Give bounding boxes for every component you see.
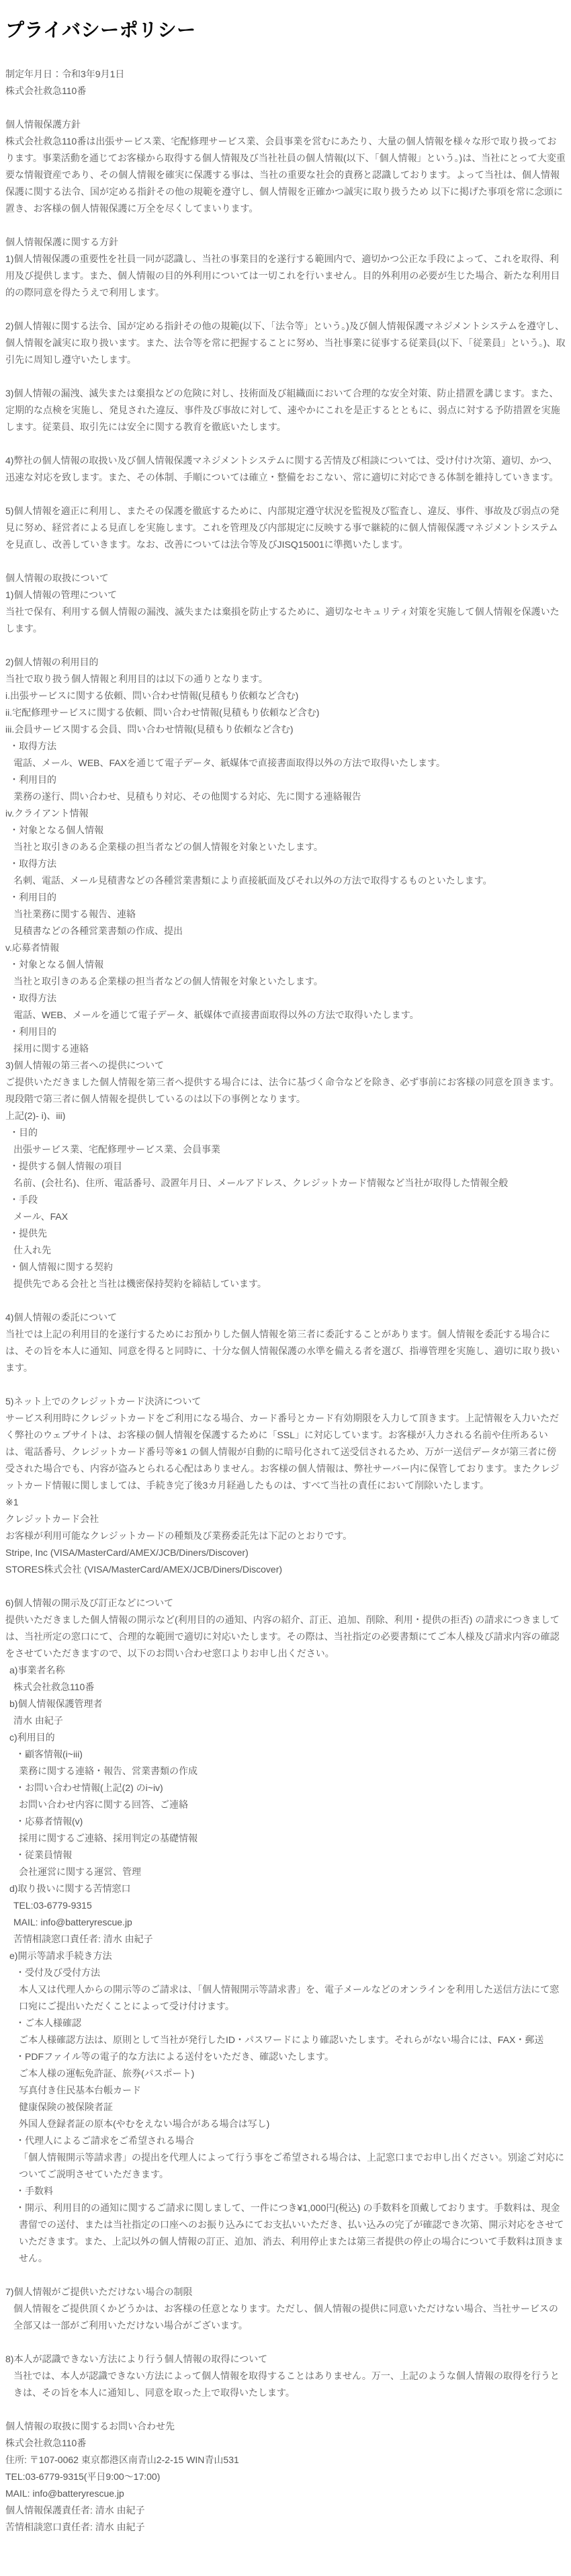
document-line: 制定年月日：令和3年9月1日: [5, 66, 566, 83]
document-line: 清水 由紀子: [5, 1712, 566, 1729]
blank-line: [5, 486, 566, 503]
blank-line: [5, 1578, 566, 1595]
document-line: ・顧客情報(i~iii): [5, 1746, 566, 1763]
blank-line: [5, 217, 566, 234]
privacy-policy-document: プライバシーポリシー 制定年月日：令和3年9月1日株式会社救急110番個人情報保…: [0, 0, 571, 2576]
document-line: ・取得方法: [5, 990, 566, 1007]
document-line: 個人情報保護責任者: 清水 由紀子: [5, 2502, 566, 2519]
document-line: 電話、メール、WEB、FAXを通じて電子データ、紙媒体で直接書面取得以外の方法で…: [5, 755, 566, 772]
document-line: クレジットカード会社: [5, 1511, 566, 1528]
document-line: ii.宅配修理サービスに関する依頼、問い合わせ情報(見積もり依頼など含む): [5, 704, 566, 721]
document-line: 4)弊社の個人情報の取扱い及び個人情報保護マネジメントシステムに関する苦情及び相…: [5, 452, 566, 486]
document-line: e)開示等請求手続き方法: [5, 1948, 566, 1964]
document-line: 1)個人情報保護の重要性を社員一同が認識し、当社の事業目的を遂行する範囲内で、適…: [5, 251, 566, 301]
document-line: i.出張サービスに関する依頼、問い合わせ情報(見積もり依頼など含む): [5, 688, 566, 704]
document-line: 業務に関する連絡・報告、営業書類の作成: [5, 1763, 566, 1780]
document-line: ・手数料: [5, 2183, 566, 2200]
document-line: 採用に関するご連絡、採用判定の基礎情報: [5, 1830, 566, 1847]
document-line: 提供いただきました個人情報の開示など(利用目的の通知、内容の紹介、訂正、追加、削…: [5, 1612, 566, 1662]
document-line: 上記(2)- i)、iii): [5, 1108, 566, 1124]
blank-line: [5, 368, 566, 385]
document-line: ※1: [5, 1494, 566, 1511]
document-line: MAIL: info@batteryrescue.jp: [5, 2485, 566, 2502]
document-line: ・PDFファイル等の電子的な方法による送付をいただき、確認いたします。: [5, 2048, 566, 2065]
document-line: b)個人情報保護管理者: [5, 1696, 566, 1712]
blank-line: [5, 637, 566, 654]
document-line: 写真付き住民基本台帳カード: [5, 2082, 566, 2099]
document-line: メール、FAX: [5, 1208, 566, 1225]
document-line: ご本人様の運転免許証、旅券(パスポート): [5, 2065, 566, 2082]
document-line: 当社で保有、利用する個人情報の漏洩、滅失または棄損を防止するために、適切なセキュ…: [5, 604, 566, 637]
document-line: 会社運営に関する運営、管理: [5, 1864, 566, 1880]
document-line: Stripe, Inc (VISA/MasterCard/AMEX/JCB/Di…: [5, 1544, 566, 1561]
blank-line: [5, 1292, 566, 1309]
document-line: 4)個人情報の委託について: [5, 1309, 566, 1326]
document-line: 当社では上記の利用目的を遂行するためにお預かりした個人情報を第三者に委託すること…: [5, 1326, 566, 1376]
document-line: 「個人情報開示等請求書」の提出を代理人によって行う事をご希望される場合は、上記窓…: [5, 2149, 566, 2183]
document-line: 住所: 〒107-0062 東京都港区南青山2-2-15 WIN青山531: [5, 2452, 566, 2468]
document-line: iii.会員サービス関する会員、問い合わせ情報(見積もり依頼など含む): [5, 721, 566, 738]
document-line: お問い合わせ内容に関する回答、ご連絡: [5, 1796, 566, 1813]
document-line: 3)個人情報の第三者への提供について: [5, 1057, 566, 1074]
document-line: ・従業員情報: [5, 1847, 566, 1864]
document-line: 株式会社救急110番: [5, 83, 566, 99]
document-line: 1)個人情報の管理について: [5, 587, 566, 604]
document-line: 名前、(会社名)、住所、電話番号、設置年月日、メールアドレス、クレジットカード情…: [5, 1175, 566, 1192]
document-body: 制定年月日：令和3年9月1日株式会社救急110番個人情報保護方針株式会社救急11…: [5, 66, 566, 2536]
document-line: ・ご本人様確認: [5, 2015, 566, 2032]
document-line: 5)ネット上でのクレジットカード決済について: [5, 1393, 566, 1410]
document-line: ・提供する個人情報の項目: [5, 1158, 566, 1175]
document-line: 2)個人情報の利用目的: [5, 654, 566, 671]
document-line: v.応募者情報: [5, 940, 566, 956]
document-line: ・応募者情報(v): [5, 1813, 566, 1830]
document-line: TEL:03-6779-9315(平日9:00〜17:00): [5, 2468, 566, 2485]
document-line: ・目的: [5, 1124, 566, 1141]
document-line: 個人情報の取扱について: [5, 570, 566, 587]
document-line: 健康保険の被保険者証: [5, 2099, 566, 2116]
document-line: 個人情報保護に関する方針: [5, 234, 566, 251]
document-line: お客様が利用可能なクレジットカードの種類及び業務委託先は下記のとおりです。: [5, 1528, 566, 1544]
document-line: 見積書などの各種営業書類の作成、提出: [5, 923, 566, 940]
document-line: ・開示、利用目的の通知に関するご請求に関しまして、一件につき¥1,000円(税込…: [5, 2200, 566, 2267]
document-line: ・受付及び受付方法: [5, 1964, 566, 1981]
document-line: 当社業務に関する報告、連絡: [5, 906, 566, 923]
blank-line: [5, 2401, 566, 2418]
document-line: 本人又は代理人からの開示等のご請求は、「個人情報開示等請求書」を、電子メールなど…: [5, 1981, 566, 2015]
document-line: c)利用目的: [5, 1729, 566, 1746]
document-line: 出張サービス業、宅配修理サービス業、会員事業: [5, 1141, 566, 1158]
document-line: ・手段: [5, 1192, 566, 1208]
blank-line: [5, 301, 566, 318]
document-line: TEL:03-6779-9315: [5, 1897, 566, 1914]
document-line: ・取得方法: [5, 738, 566, 755]
document-line: 株式会社救急110番は出張サービス業、宅配修理サービス業、会員事業を営むにあたり…: [5, 133, 566, 217]
document-line: d)取り扱いに関する苦情窓口: [5, 1880, 566, 1897]
document-line: 提供先である会社と当社は機密保持契約を締結しています。: [5, 1276, 566, 1292]
document-line: ・利用目的: [5, 1024, 566, 1040]
document-line: ・個人情報に関する契約: [5, 1259, 566, 1276]
document-line: 個人情報の取扱に関するお問い合わせ先: [5, 2418, 566, 2435]
document-line: サービス利用時にクレジットカードをご利用になる場合、カード番号とカード有効期限を…: [5, 1410, 566, 1494]
blank-line: [5, 553, 566, 570]
document-line: ・提供先: [5, 1225, 566, 1242]
document-line: MAIL: info@batteryrescue.jp: [5, 1914, 566, 1931]
blank-line: [5, 2267, 566, 2284]
document-line: 株式会社救急110番: [5, 2435, 566, 2452]
document-line: 採用に関する連絡: [5, 1040, 566, 1057]
blank-line: [5, 2334, 566, 2351]
document-line: ・取得方法: [5, 856, 566, 872]
document-line: ご提供いただきました個人情報を第三者へ提供する場合には、法令に基づく命令などを除…: [5, 1074, 566, 1108]
document-line: 業務の遂行、問い合わせ、見積もり対応、その他関する対応、先に関する連絡報告: [5, 788, 566, 805]
document-line: 8)本人が認識できない方法により行う個人情報の取得について: [5, 2351, 566, 2368]
document-line: 7)個人情報がご提供いただけない場合の制限: [5, 2284, 566, 2300]
document-line: 外国人登録者証の原本(やむをえない場合がある場合は写し): [5, 2116, 566, 2132]
document-line: 6)個人情報の開示及び訂正などについて: [5, 1595, 566, 1612]
document-line: 名刺、電話、メール見積書などの各種営業書類により直接紙面及びそれ以外の方法で取得…: [5, 872, 566, 889]
document-line: 個人情報保護方針: [5, 116, 566, 133]
page-title: プライバシーポリシー: [5, 19, 566, 42]
document-line: 2)個人情報に関する法令、国が定める指針その他の規範(以下、「法令等」という。)…: [5, 318, 566, 368]
document-line: 株式会社救急110番: [5, 1679, 566, 1696]
document-line: STORES株式会社 (VISA/MasterCard/AMEX/JCB/Din…: [5, 1561, 566, 1578]
document-line: 当社と取引きのある企業様の担当者などの個人情報を対象といたします。: [5, 839, 566, 856]
document-line: ・代理人によるご請求をご希望される場合: [5, 2132, 566, 2149]
document-line: 3)個人情報の漏洩、滅失または棄損などの危険に対し、技術面及び組織面において合理…: [5, 385, 566, 435]
document-line: 苦情相談窓口責任者: 清水 由紀子: [5, 1931, 566, 1948]
blank-line: [5, 99, 566, 116]
document-line: 個人情報をご提供頂くかどうかは、お客様の任意となります。ただし、個人情報の提供に…: [5, 2300, 566, 2334]
document-line: 仕入れ先: [5, 1242, 566, 1259]
document-line: 5)個人情報を適正に利用し、またその保護を徹底するために、内部規定遵守状況を監視…: [5, 503, 566, 553]
document-line: 当社で取り扱う個人情報と利用目的は以下の通りとなります。: [5, 671, 566, 688]
document-line: ご本人様確認方法は、原則として当社が発行したID・パスワードにより確認いたします…: [5, 2032, 566, 2048]
document-line: ・利用目的: [5, 772, 566, 788]
document-line: iv.クライアント情報: [5, 805, 566, 822]
document-line: 電話、WEB、メールを通じて電子データ、紙媒体で直接書面取得以外の方法で取得いた…: [5, 1007, 566, 1024]
document-line: ・対象となる個人情報: [5, 822, 566, 839]
document-line: ・利用目的: [5, 889, 566, 906]
document-line: a)事業者名称: [5, 1662, 566, 1679]
blank-line: [5, 435, 566, 452]
document-line: ・お問い合わせ情報(上記(2) のi~iv): [5, 1780, 566, 1796]
document-line: ・対象となる個人情報: [5, 956, 566, 973]
blank-line: [5, 1376, 566, 1393]
document-line: 当社と取引きのある企業様の担当者などの個人情報を対象といたします。: [5, 973, 566, 990]
document-line: 当社では、本人が認識できない方法によって個人情報を取得することはありません。万一…: [5, 2368, 566, 2401]
document-line: 苦情相談窓口責任者: 清水 由紀子: [5, 2519, 566, 2536]
